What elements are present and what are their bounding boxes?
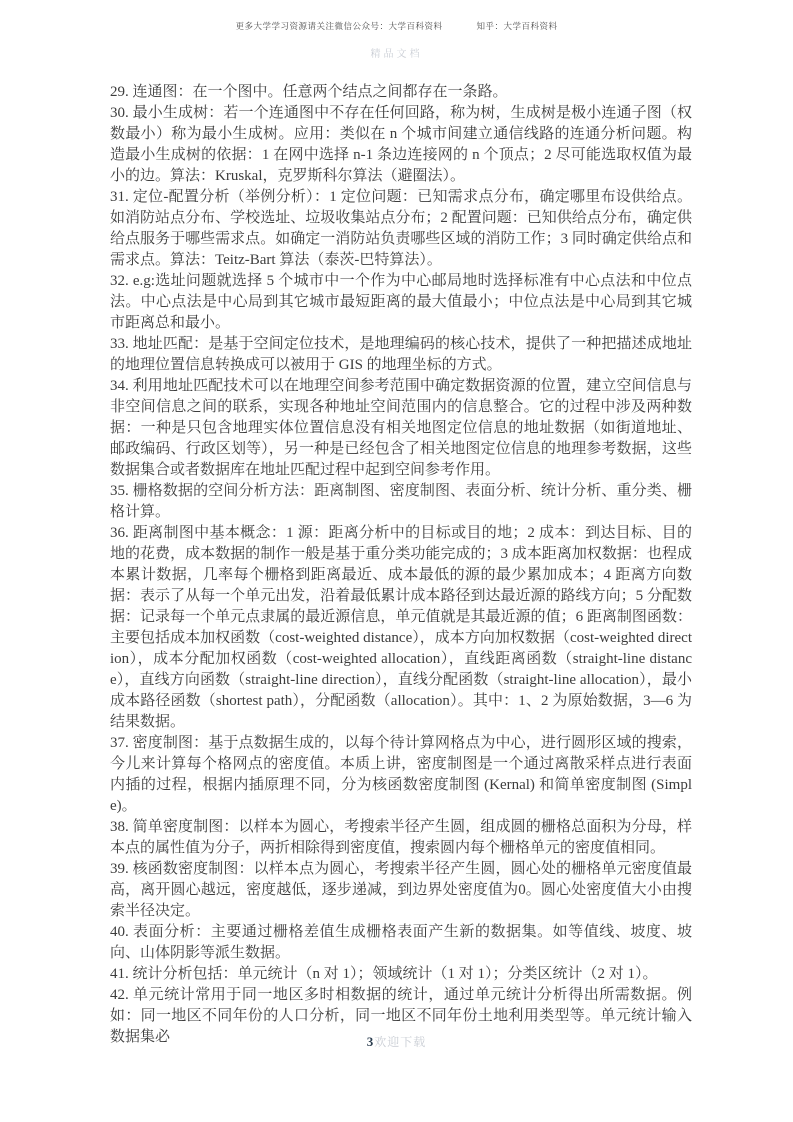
page-number: 3 (367, 1034, 374, 1049)
paragraph-31: 31. 定位-配置分析（举例分析）：1 定位问题：已知需求点分布，确定哪里布设供… (110, 187, 692, 271)
watermark-text: 精品文档 (0, 45, 793, 60)
header-promo-right: 知乎：大学百科资料 (477, 20, 558, 32)
paragraph-37: 37. 密度制图：基于点数据生成的，以每个待计算网格点为中心，进行圆形区域的搜索… (110, 733, 692, 817)
document-body: 29. 连通图：在一个图中。任意两个结点之间都存在一条路。 30. 最小生成树：… (110, 82, 692, 1048)
header-promo-left: 更多大学学习资源请关注微信公众号：大学百科资料 (235, 20, 442, 32)
paragraph-40: 40. 表面分析：主要通过栅格差值生成栅格表面产生新的数据集。如等值线、坡度、坡… (110, 922, 692, 964)
paragraph-30: 30. 最小生成树：若一个连通图中不存在任何回路，称为树，生成树是极小连通子图（… (110, 103, 692, 187)
paragraph-41: 41. 统计分析包括：单元统计（n 对 1）；领域统计（1 对 1）；分类区统计… (110, 964, 692, 985)
page-header: 更多大学学习资源请关注微信公众号：大学百科资料 知乎：大学百科资料 (0, 20, 793, 32)
document-page: 更多大学学习资源请关注微信公众号：大学百科资料 知乎：大学百科资料 精品文档 2… (0, 0, 793, 1122)
paragraph-32: 32. e.g:选址问题就选择 5 个城市中一个作为中心邮局地时选择标准有中心点… (110, 271, 692, 334)
paragraph-35: 35. 栅格数据的空间分析方法：距离制图、密度制图、表面分析、统计分析、重分类、… (110, 481, 692, 523)
page-footer: 3欢迎下载 (0, 1033, 793, 1050)
paragraph-36: 36. 距离制图中基本概念：1 源：距离分析中的目标或目的地；2 成本：到达目标… (110, 523, 692, 733)
paragraph-29: 29. 连通图：在一个图中。任意两个结点之间都存在一条路。 (110, 82, 692, 103)
download-hint: 欢迎下载 (374, 1035, 426, 1049)
paragraph-33: 33. 地址匹配：是基于空间定位技术，是地理编码的核心技术，提供了一种把描述成地… (110, 334, 692, 376)
paragraph-34: 34. 利用地址匹配技术可以在地理空间参考范围中确定数据资源的位置，建立空间信息… (110, 376, 692, 481)
paragraph-39: 39. 核函数密度制图：以样本点为圆心，考搜索半径产生圆，圆心处的栅格单元密度值… (110, 859, 692, 922)
paragraph-38: 38. 简单密度制图：以样本为圆心，考搜索半径产生圆，组成圆的栅格总面积为分母，… (110, 817, 692, 859)
